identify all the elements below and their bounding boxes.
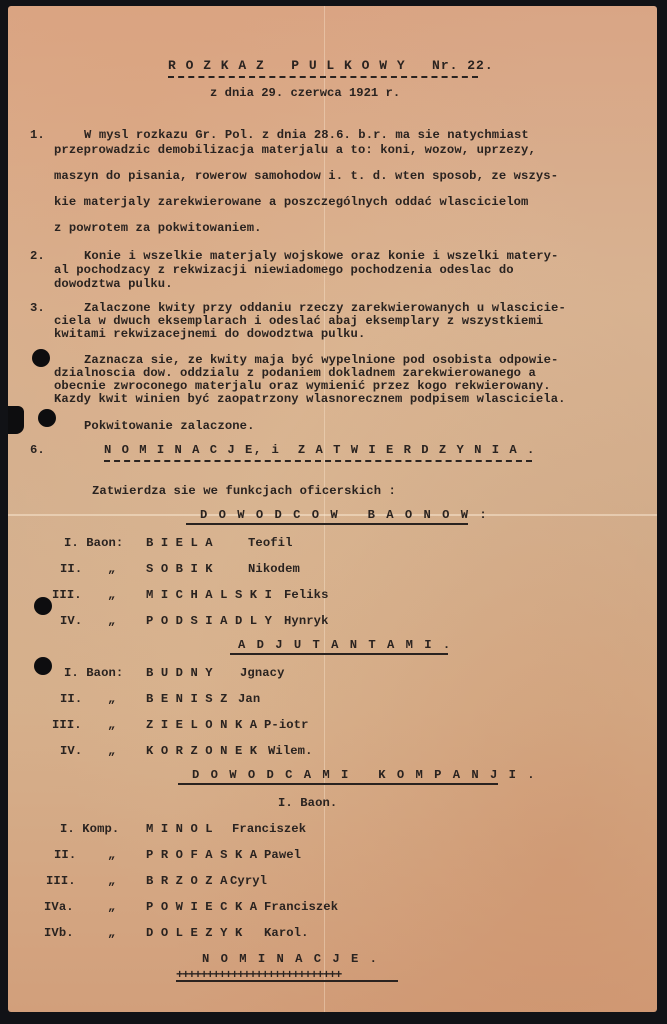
document-title: R O Z K A Z P U L K O W Y Nr. 22. — [168, 58, 494, 73]
subheading-company-commanders: D O W O D C A M I K O M P A N J I . — [192, 768, 537, 782]
first-name: Franciszek — [232, 822, 306, 836]
surname: D O L E Z Y K — [146, 926, 242, 940]
first-name: Nikodem — [248, 562, 300, 576]
item-1-line-1: W mysl rozkazu Gr. Pol. z dnia 28.6. b.r… — [84, 128, 529, 142]
section-heading: N O M I N A C J E, i Z A T W I E R D Z Y… — [104, 443, 536, 457]
unit-label: II. — [60, 692, 82, 706]
note-line-2: dzialnoscia dow. oddzialu z podaniem dok… — [54, 366, 536, 380]
surname: B I E L A — [146, 536, 213, 550]
ditto-mark: „ — [108, 692, 115, 706]
punch-hole-icon — [38, 409, 56, 427]
unit-label: II. — [60, 562, 82, 576]
item-number: 1. — [30, 128, 45, 142]
ditto-mark: „ — [108, 900, 115, 914]
surname: Z I E L O N K A — [146, 718, 257, 732]
subheading-underline — [186, 523, 468, 525]
item-1-line-5: z powrotem za pokwitowaniem. — [54, 221, 262, 235]
item-3-line-2: ciela w dwuch eksemplarach i odeslać aba… — [54, 314, 543, 328]
unit-label: IVb. — [44, 926, 74, 940]
unit-label: III. — [46, 874, 76, 888]
note-line-3: obecnie zwroconego materjalu oraz wymien… — [54, 379, 551, 393]
unit-label: IV. — [60, 614, 82, 628]
item-number: 2. — [30, 249, 45, 263]
battalion-subheading: I. Baon. — [278, 796, 337, 810]
first-name: P-iotr — [264, 718, 308, 732]
ditto-mark: „ — [108, 562, 115, 576]
unit-label: I. Baon: — [64, 536, 123, 550]
first-name: Teofil — [248, 536, 292, 550]
punch-hole-icon — [34, 657, 52, 675]
unit-label: II. — [54, 848, 76, 862]
subheading-battalion-commanders: D O W O D C O W B A O N O W : — [200, 508, 489, 522]
surname: P R O F A S K A — [146, 848, 257, 862]
surname: M I N O L — [146, 822, 213, 836]
ditto-mark: „ — [108, 744, 115, 758]
first-name: Franciszek — [264, 900, 338, 914]
receipt-attached: Pokwitowanie zalaczone. — [84, 419, 255, 433]
surname: M I C H A L S K I — [146, 588, 272, 602]
surname: P O D S I A D L Y — [146, 614, 272, 628]
item-2-line-2: al pochodzacy z rekwizacji niewiadomego … — [54, 263, 514, 277]
first-name: Cyryl — [230, 874, 267, 888]
item-1-line-2: przeprowadzic demobilizacja materjalu a … — [54, 143, 536, 157]
note-line-4: Kazdy kwit winien być zaopatrzony wlasno… — [54, 392, 566, 406]
document-date: z dnia 29. czerwca 1921 r. — [210, 86, 400, 100]
item-2-line-3: dowodztwa pulku. — [54, 277, 173, 291]
item-3-line-1: Zalaczone kwity przy oddaniu rzeczy zare… — [84, 301, 566, 315]
surname: B U D N Y — [146, 666, 213, 680]
unit-label: III. — [52, 588, 82, 602]
item-1-line-4: kie materjaly zarekwierowane a poszczegó… — [54, 195, 528, 209]
section-rule — [104, 460, 532, 462]
punch-hole-icon — [32, 349, 50, 367]
first-name: Jan — [238, 692, 260, 706]
subheading-underline — [230, 653, 448, 655]
ditto-mark: „ — [108, 614, 115, 628]
first-name: Pawel — [264, 848, 301, 862]
punch-hole-icon — [34, 597, 52, 615]
first-name: Karol. — [264, 926, 308, 940]
ditto-mark: „ — [108, 718, 115, 732]
item-1-line-3: maszyn do pisania, rowerow samohodow i. … — [54, 169, 558, 183]
unit-label: I. Baon: — [64, 666, 123, 680]
unit-label: III. — [52, 718, 82, 732]
nominations-underline — [176, 980, 398, 982]
note-line-1: Zaznacza sie, ze kwity maja być wypelnio… — [84, 353, 558, 367]
unit-label: I. Komp. — [60, 822, 119, 836]
section-intro: Zatwierdza sie we funkcjach oficerskich … — [92, 484, 396, 498]
torn-edge — [8, 406, 24, 434]
ditto-mark: „ — [108, 874, 115, 888]
surname: B R Z O Z A — [146, 874, 228, 888]
subheading-underline — [178, 783, 498, 785]
document-page: R O Z K A Z P U L K O W Y Nr. 22. z dnia… — [8, 6, 657, 1012]
item-3-line-3: kwitami rekwizacejnemi do dowodztwa pulk… — [54, 327, 365, 341]
item-2-line-1: Konie i wszelkie materjaly wojskowe oraz… — [84, 249, 558, 263]
title-rule — [168, 76, 478, 78]
first-name: Jgnacy — [240, 666, 284, 680]
subheading-adjutants: A D J U T A N T A M I . — [238, 638, 452, 652]
nominations-heading: N O M I N A C J E . — [202, 952, 379, 966]
first-name: Feliks — [284, 588, 328, 602]
ditto-mark: „ — [108, 588, 115, 602]
ditto-mark: „ — [108, 848, 115, 862]
first-name: Wilem. — [268, 744, 312, 758]
section-number: 6. — [30, 443, 45, 457]
ditto-mark: „ — [108, 926, 115, 940]
surname: P O W I E C K A — [146, 900, 257, 914]
surname: B E N I S Z — [146, 692, 228, 706]
unit-label: IV. — [60, 744, 82, 758]
item-number: 3. — [30, 301, 45, 315]
surname: K O R Z O N E K — [146, 744, 257, 758]
first-name: Hynryk — [284, 614, 328, 628]
unit-label: IVa. — [44, 900, 74, 914]
surname: S O B I K — [146, 562, 213, 576]
